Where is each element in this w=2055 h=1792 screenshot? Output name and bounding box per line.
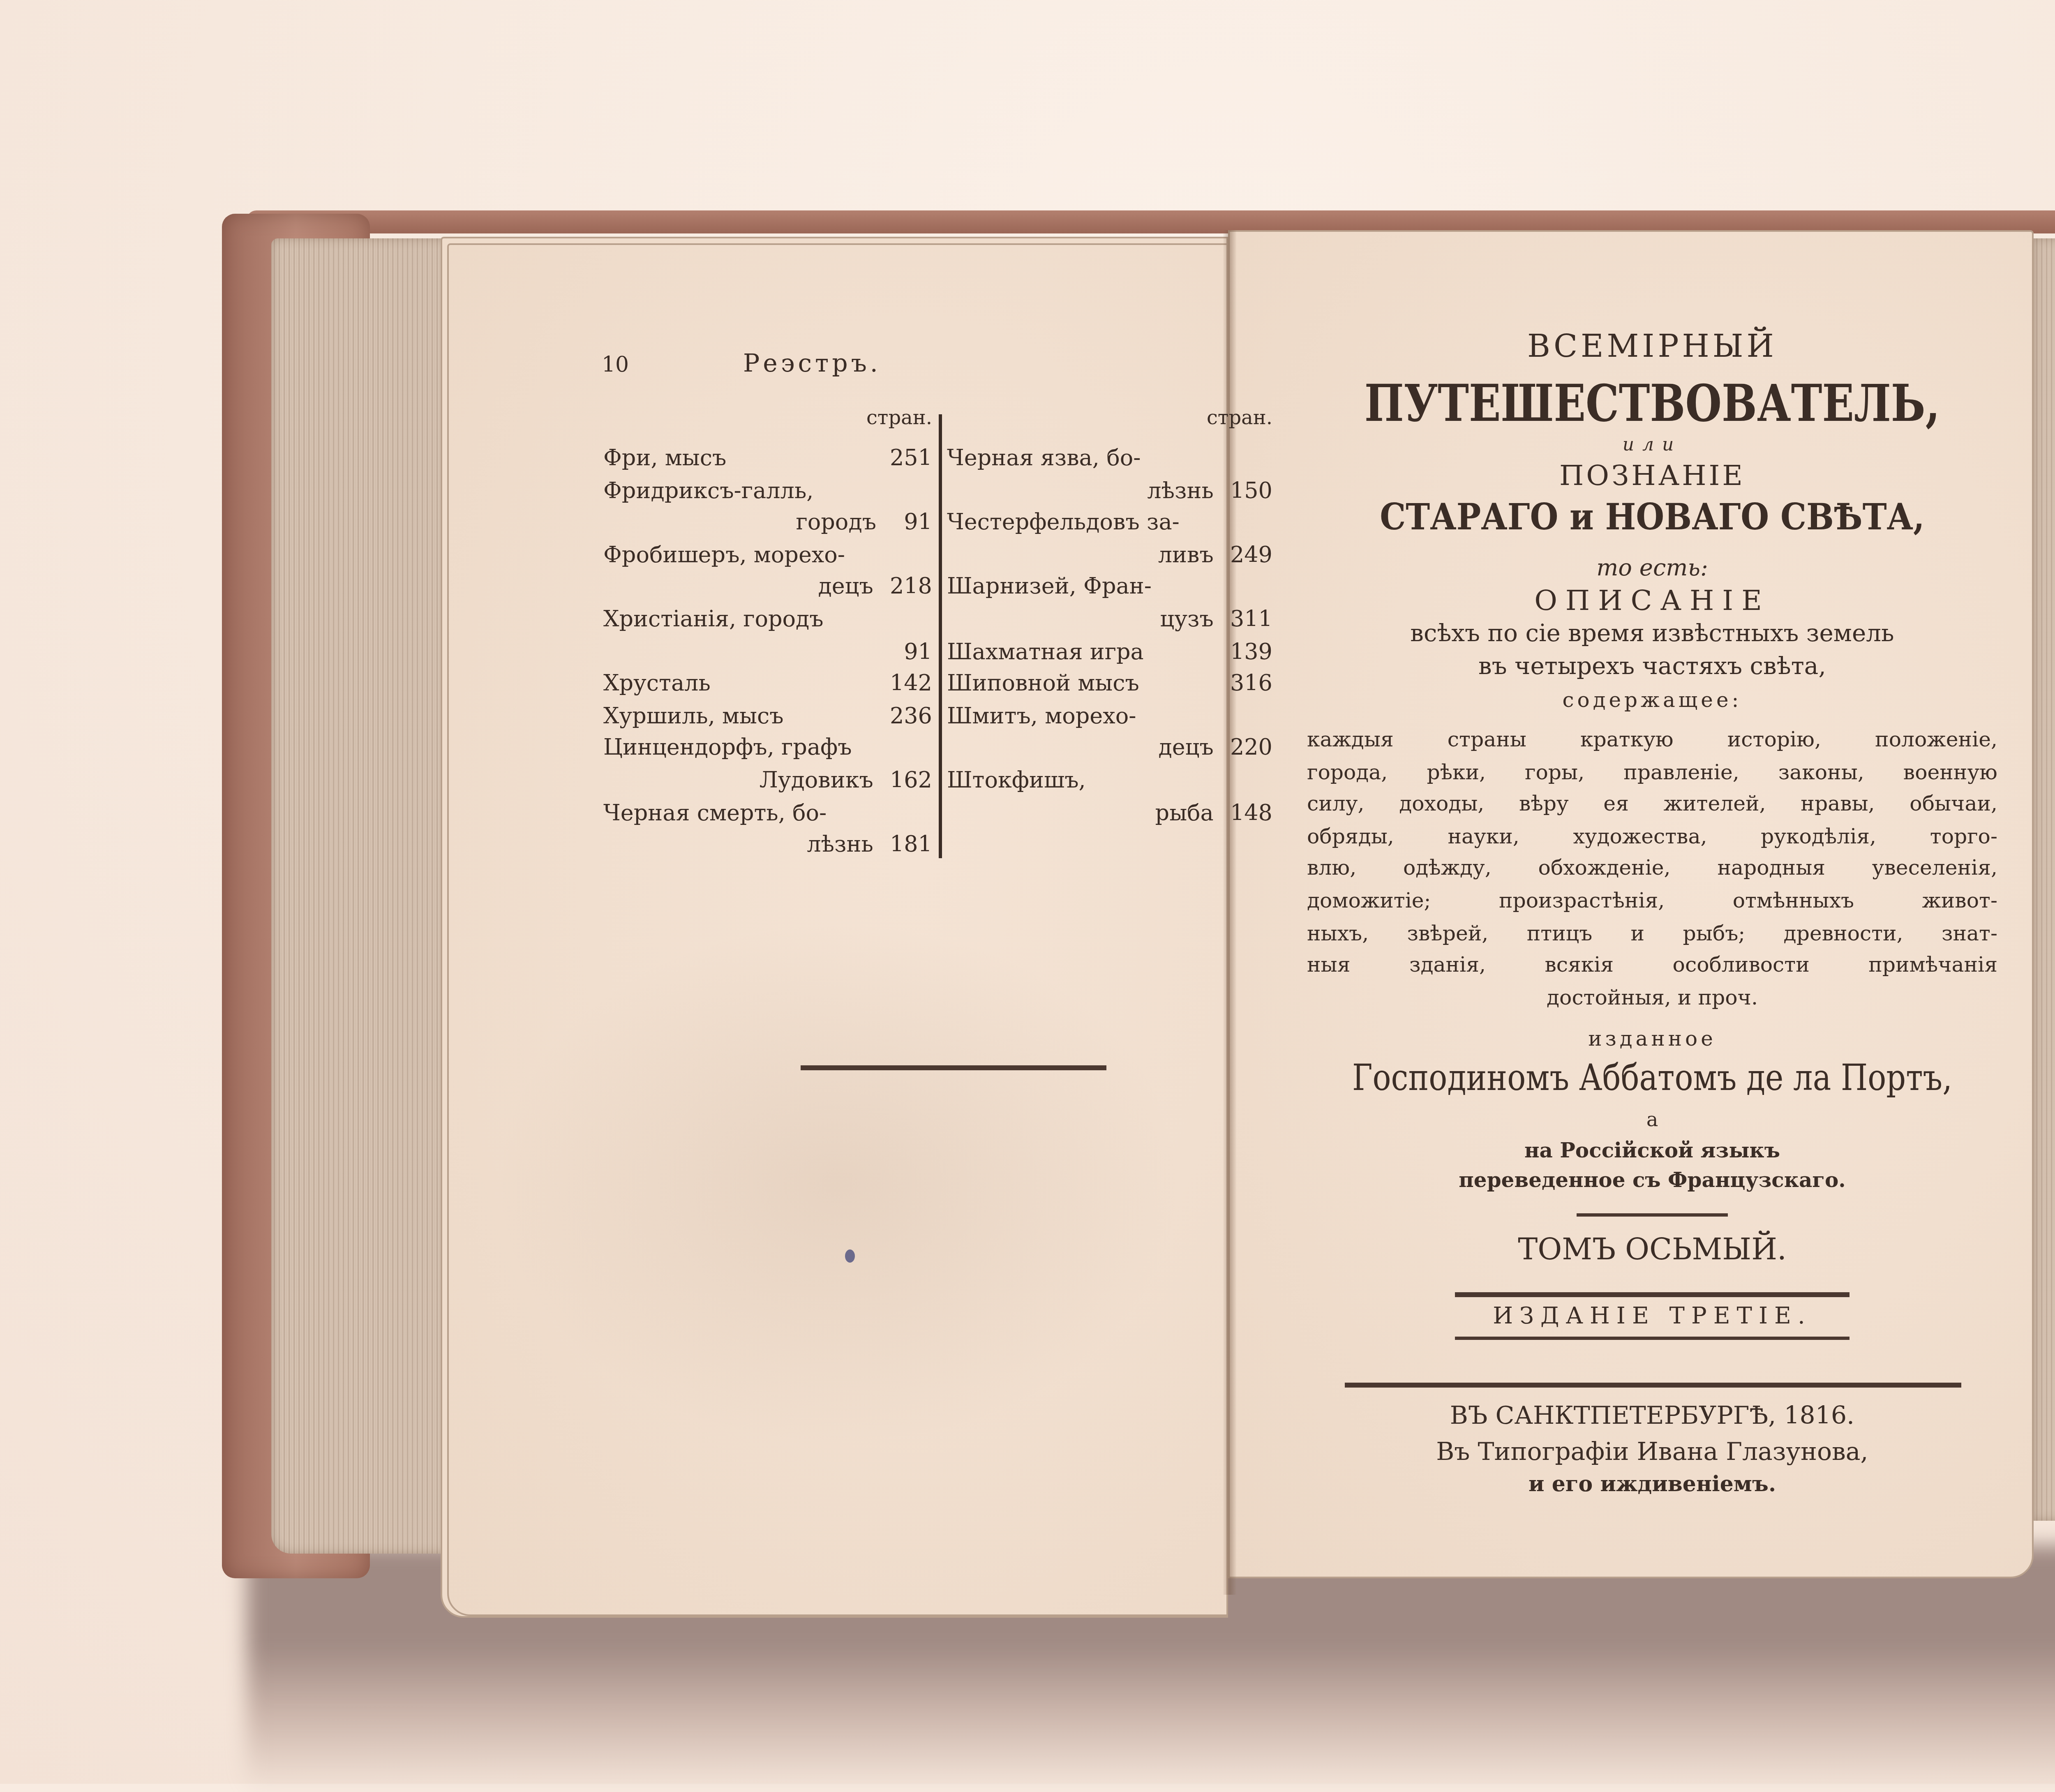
- index-entry: Цинцендорфъ, графъ: [603, 734, 932, 766]
- entry-page-number: 148: [1230, 798, 1272, 830]
- volume-line: ТОМЪ ОСЬМЫЙ.: [1299, 1233, 2006, 1283]
- index-entry: Лудовикъ162: [603, 766, 932, 798]
- index-entry: Шахматная игра139: [947, 637, 1272, 669]
- index-column-1: стран. Фри, мысъ251Фридриксъ-галль,город…: [603, 398, 932, 863]
- entry-text: Фридриксъ-галль,: [603, 476, 814, 508]
- entry-page-number: [893, 540, 932, 573]
- index-column-2: стран. Черная язва, бо-лѣзнь150Честерфел…: [947, 398, 1272, 831]
- entry-page-number: [893, 734, 932, 766]
- title-line-2: ПУТЕШЕСТВОВАТЕЛЬ,: [1362, 375, 1942, 434]
- page-number: 10: [602, 353, 629, 378]
- contents-line: обряды, науки, художества, рукодѣлія, то…: [1307, 820, 1997, 852]
- or-line: или: [1299, 434, 2006, 460]
- entry-text: цузъ: [1160, 605, 1214, 637]
- entry-page-number: 142: [890, 670, 932, 702]
- subtitle-line-2: СТАРАГО и НОВАГО СВѢТА,: [1334, 496, 1970, 556]
- column-header: стран.: [603, 398, 932, 444]
- entry-page-number: 316: [1230, 670, 1272, 702]
- end-rule: [801, 1065, 1106, 1070]
- edition-rule-top: [1455, 1293, 1849, 1297]
- contents-line: достойныя, и проч.: [1307, 981, 1997, 1013]
- entry-text: Шиповной мысъ: [947, 670, 1139, 702]
- entry-page-number: 150: [1230, 476, 1272, 508]
- entry-page-number: 162: [890, 766, 932, 798]
- page-block-left: [271, 238, 449, 1554]
- entry-page-number: [893, 798, 932, 830]
- containing-line: содержащее:: [1299, 687, 2006, 717]
- index-entry: ливъ249: [947, 540, 1272, 573]
- entry-text: Цинцендорфъ, графъ: [603, 734, 852, 766]
- translated-line-2: переведенное съ Французскаго.: [1299, 1168, 2006, 1204]
- index-entry: рыба148: [947, 798, 1272, 830]
- entry-page-number: 249: [1230, 540, 1272, 573]
- index-entry: Шарнизей, Фран-: [947, 573, 1272, 605]
- entry-text: городъ: [796, 508, 877, 540]
- index-entry: децъ218: [603, 573, 932, 605]
- left-page-header: 10 Реэстръ.: [602, 349, 1062, 388]
- entry-page-number: [1233, 766, 1272, 798]
- entry-text: Фри, мысъ: [603, 444, 726, 476]
- entry-page-number: 251: [890, 444, 932, 476]
- entry-text: Шарнизей, Фран-: [947, 573, 1152, 605]
- index-entry: Хрусталь142: [603, 670, 932, 702]
- photo-stage: 10 Реэстръ. стран. Фри, мысъ251Фридриксъ…: [0, 0, 2055, 1783]
- imprint-expense: и его иждивеніемъ.: [1299, 1473, 2006, 1510]
- edition-line: ИЗДАНІЕ ТРЕТІЕ.: [1299, 1303, 2006, 1336]
- index-entry: городъ91: [603, 508, 932, 540]
- column-header: стран.: [947, 398, 1272, 444]
- subtitle-line-1: ПОЗНАНІЕ: [1299, 460, 2006, 496]
- entry-page-number: 311: [1230, 605, 1272, 637]
- translated-line-1: на Россійской языкъ: [1299, 1138, 2006, 1168]
- title-line-1: ВСЕМІРНЫЙ: [1299, 329, 2006, 375]
- entry-text: Черная язва, бо-: [947, 444, 1141, 476]
- contents-line: доможитіе; произрастѣнія, отмѣнныхъ живо…: [1307, 884, 1997, 917]
- and-line: а: [1299, 1108, 2006, 1138]
- entry-page-number: [1233, 444, 1272, 476]
- contents-line: ныхъ, звѣрей, птицъ и рыбъ; древности, з…: [1307, 917, 1997, 949]
- index-entry: Фридриксъ-галль,: [603, 476, 932, 508]
- entry-page-number: [1233, 702, 1272, 734]
- index-entry: 91: [603, 637, 932, 669]
- entry-page-number: [893, 476, 932, 508]
- entry-text: Христіанія, городъ: [603, 605, 824, 637]
- description-line-1: всѣхъ по сіе время извѣстныхъ земель: [1299, 621, 2006, 654]
- entry-page-number: [893, 605, 932, 637]
- index-entry: Шиповной мысъ316: [947, 670, 1272, 702]
- ink-spot: [845, 1249, 855, 1263]
- index-entry: Фробишеръ, морехо-: [603, 540, 932, 573]
- index-entry: Честерфельдовъ за-: [947, 508, 1272, 540]
- contents-line: города, рѣки, горы, правленіе, законы, в…: [1307, 755, 1997, 787]
- entry-page-number: 220: [1230, 734, 1272, 766]
- entry-text: Честерфельдовъ за-: [947, 508, 1180, 540]
- entry-text: рыба: [1155, 798, 1214, 830]
- index-entry: Хуршиль, мысъ236: [603, 702, 932, 734]
- imprint-city-year: ВЪ САНКТПЕТЕРБУРГѢ, 1816.: [1299, 1401, 2006, 1437]
- entry-page-number: 91: [893, 637, 932, 669]
- edition-rule-bottom: [1455, 1336, 1849, 1340]
- entry-text: лѣзнь: [807, 831, 873, 863]
- entry-text: децъ: [818, 573, 873, 605]
- contents-line: влю, одѣжду, обхожденіе, народныя увесел…: [1307, 852, 1997, 884]
- contents-line: ныя зданія, всякія особливости примѣчані…: [1307, 949, 1997, 981]
- index-entry: цузъ311: [947, 605, 1272, 637]
- title-page: ВСЕМІРНЫЙ ПУТЕШЕСТВОВАТЕЛЬ, или ПОЗНАНІЕ…: [1299, 329, 2006, 1510]
- entry-text: Шмитъ, морехо-: [947, 702, 1136, 734]
- column-divider: [939, 414, 941, 858]
- published-line: изданное: [1299, 1026, 2006, 1059]
- entry-text: Черная смерть, бо-: [603, 798, 827, 830]
- entry-text: Штокфишъ,: [947, 766, 1086, 798]
- index-entry: Фри, мысъ251: [603, 444, 932, 476]
- page-block-right: [2034, 238, 2055, 1521]
- index-entry: децъ220: [947, 734, 1272, 766]
- entry-text: децъ: [1159, 734, 1214, 766]
- index-entry: Черная язва, бо-: [947, 444, 1272, 476]
- index-entry: Штокфишъ,: [947, 766, 1272, 798]
- that-is-line: то есть:: [1299, 556, 2006, 585]
- imprint-rule: [1344, 1383, 1960, 1388]
- contents-paragraph: каждыя страны краткую исторію, положеніе…: [1307, 723, 1997, 1013]
- entry-text: Хрусталь: [603, 670, 711, 702]
- imprint-press: Въ Типографіи Ивана Глазунова,: [1299, 1437, 2006, 1473]
- index-entry: лѣзнь181: [603, 831, 932, 863]
- author-line: Господиномъ Аббатомъ де ла Портъ,: [1352, 1059, 1953, 1108]
- entry-text: Лудовикъ: [760, 766, 873, 798]
- entry-page-number: [1233, 573, 1272, 605]
- entry-page-number: 91: [893, 508, 932, 540]
- entry-page-number: [1233, 508, 1272, 540]
- entry-page-number: 218: [890, 573, 932, 605]
- entry-text: Шахматная игра: [947, 637, 1144, 669]
- entry-page-number: 139: [1230, 637, 1272, 669]
- index-entry: Черная смерть, бо-: [603, 798, 932, 830]
- description-line-2: въ четырехъ частяхъ свѣта,: [1299, 654, 2006, 687]
- index-entry: лѣзнь150: [947, 476, 1272, 508]
- entry-text: ливъ: [1158, 540, 1214, 573]
- entry-text: Фробишеръ, морехо-: [603, 540, 845, 573]
- divider-rule: [1577, 1214, 1728, 1217]
- bleed-through-stain: [493, 921, 1184, 1447]
- contents-line: силу, доходы, вѣру ея жителей, нравы, об…: [1307, 788, 1997, 820]
- entry-text: лѣзнь: [1147, 476, 1214, 508]
- entry-page-number: 236: [890, 702, 932, 734]
- entry-page-number: 181: [890, 831, 932, 863]
- contents-line: каждыя страны краткую исторію, положеніе…: [1307, 723, 1997, 755]
- entry-text: Хуршиль, мысъ: [603, 702, 784, 734]
- description-title: ОПИСАНІЕ: [1299, 585, 2006, 621]
- running-title: Реэстръ.: [743, 349, 881, 378]
- index-entry: Христіанія, городъ: [603, 605, 932, 637]
- index-entry: Шмитъ, морехо-: [947, 702, 1272, 734]
